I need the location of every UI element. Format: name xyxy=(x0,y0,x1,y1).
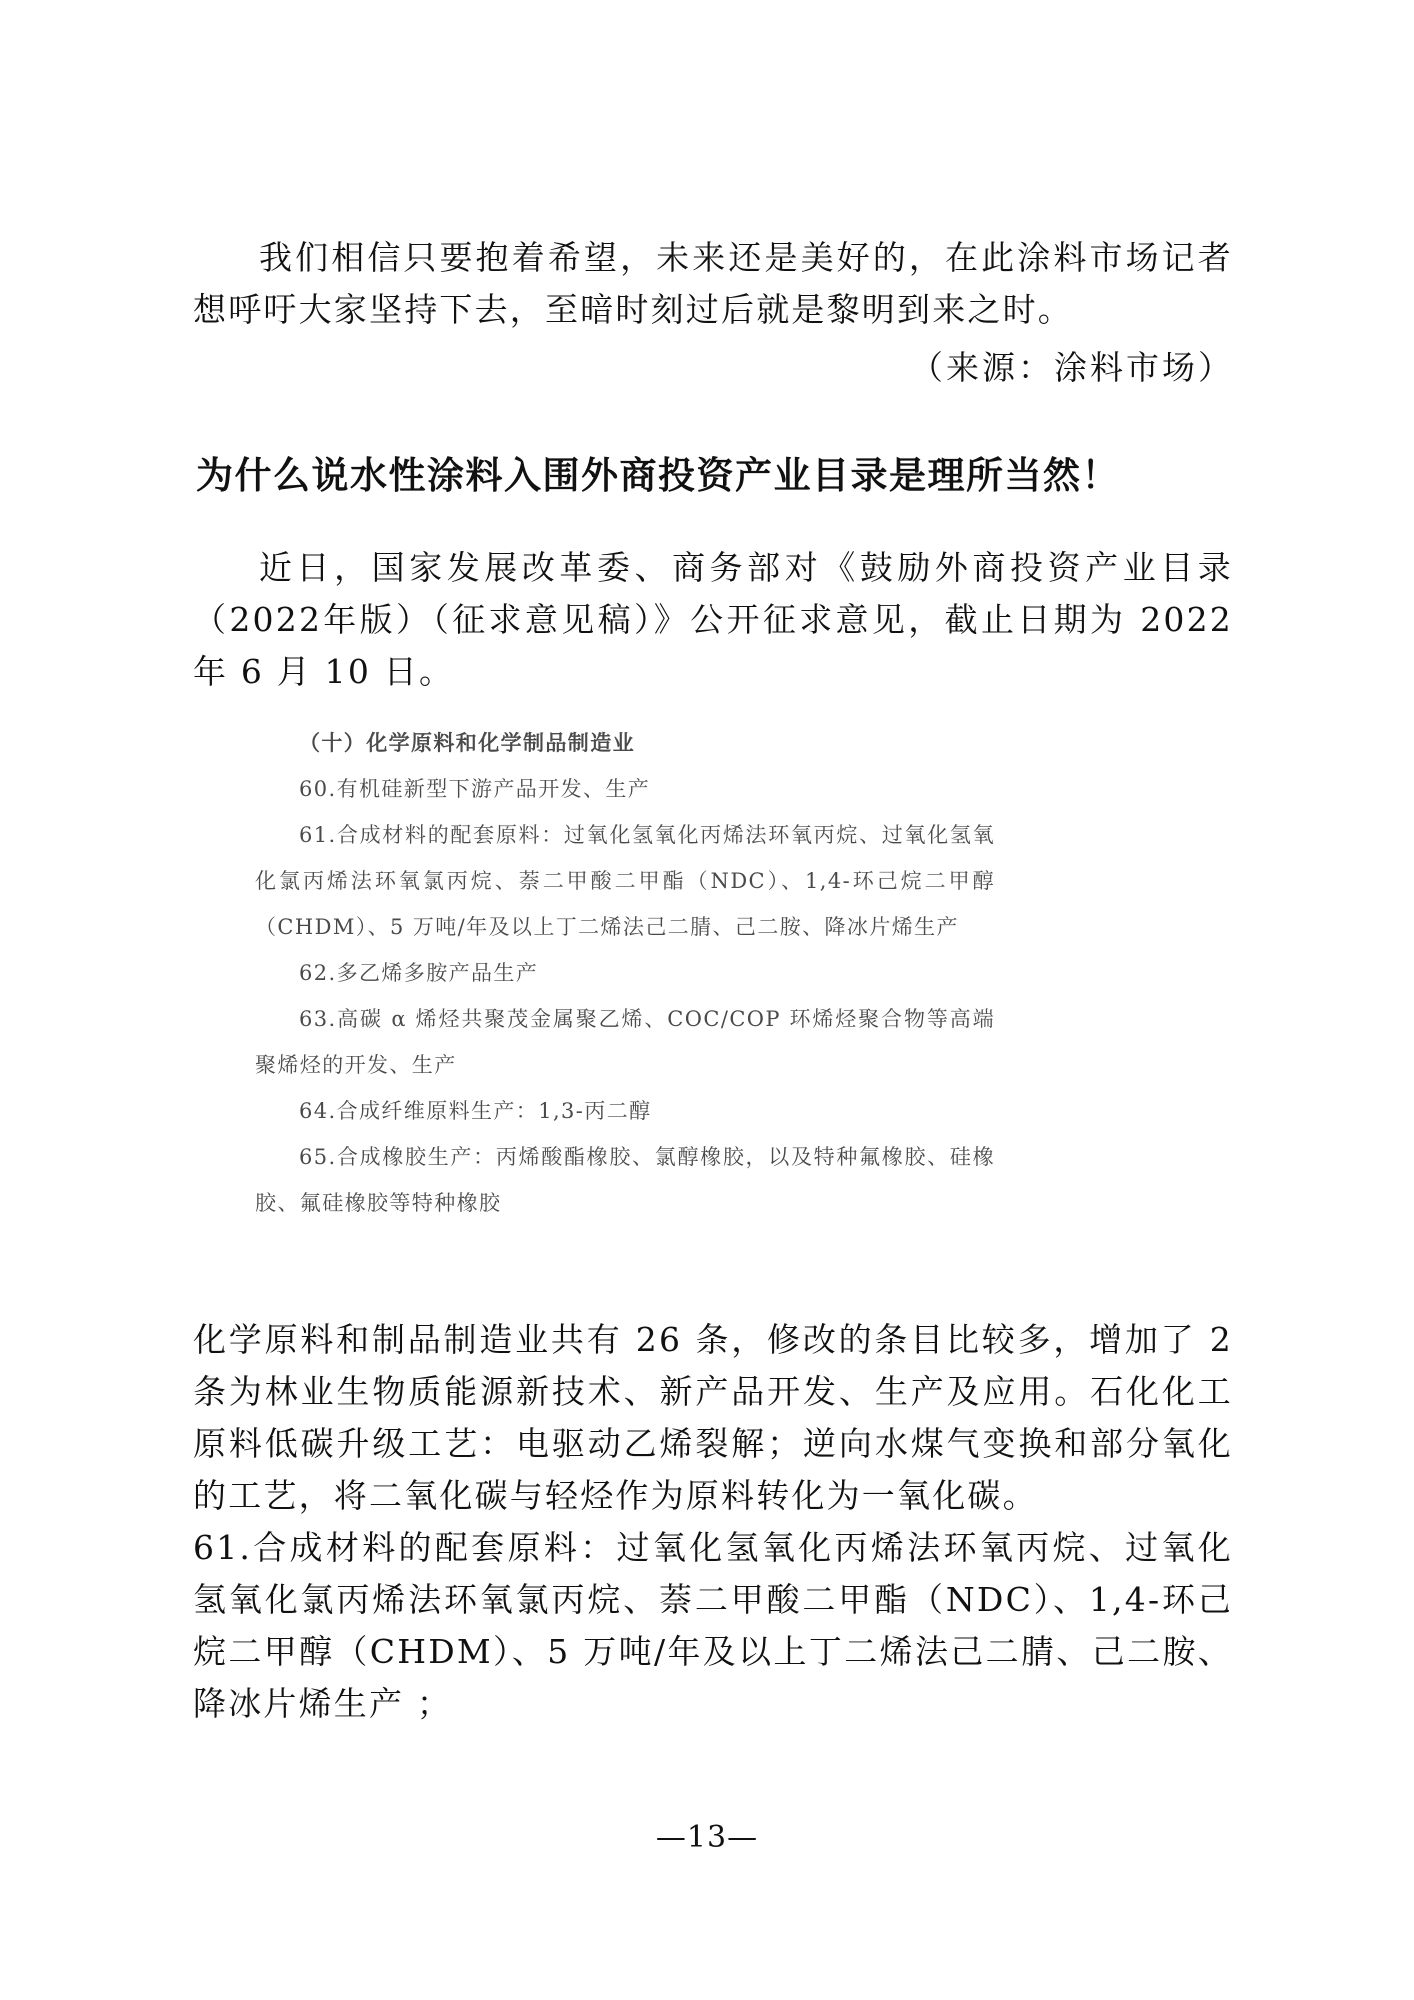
page-number: —13— xyxy=(0,1818,1414,1858)
source-attribution: （来源：涂料市场） xyxy=(910,342,1234,394)
excerpt-item: 63.高碳 α 烯烃共聚茂金属聚乙烯、COC/COP 环烯烃聚合物等高端聚烯烃的… xyxy=(255,996,995,1088)
excerpt-image: （十）化学原料和化学制品制造业 60.有机硅新型下游产品开发、生产 61.合成材… xyxy=(255,720,995,1226)
excerpt-item: 62.多乙烯多胺产品生产 xyxy=(255,950,995,996)
excerpt-item: 61.合成材料的配套原料：过氧化氢氧化丙烯法环氧丙烷、过氧化氢氧化氯丙烯法环氧氯… xyxy=(255,812,995,950)
excerpt-item: 64.合成纤维原料生产：1,3-丙二醇 xyxy=(255,1088,995,1134)
excerpt-item: 60.有机硅新型下游产品开发、生产 xyxy=(255,766,995,812)
item-61-paragraph: 61.合成材料的配套原料：过氧化氢氧化丙烯法环氧丙烷、过氧化氢氧化氯丙烯法环氧氯… xyxy=(193,1522,1233,1730)
article-title: 为什么说水性涂料入围外商投资产业目录是理所当然！ xyxy=(196,448,1236,504)
summary-paragraph: 化学原料和制品制造业共有 26 条，修改的条目比较多，增加了 2 条为林业生物质… xyxy=(193,1314,1233,1522)
excerpt-heading: （十）化学原料和化学制品制造业 xyxy=(255,720,995,766)
document-page: 我们相信只要抱着希望，未来还是美好的，在此涂料市场记者想呼吁大家坚持下去，至暗时… xyxy=(0,0,1414,2000)
excerpt-item: 65.合成橡胶生产：丙烯酸酯橡胶、氯醇橡胶，以及特种氟橡胶、硅橡胶、氟硅橡胶等特… xyxy=(255,1134,995,1226)
closing-paragraph: 我们相信只要抱着希望，未来还是美好的，在此涂料市场记者想呼吁大家坚持下去，至暗时… xyxy=(193,232,1233,336)
intro-paragraph: 近日，国家发展改革委、商务部对《鼓励外商投资产业目录（2022年版）（征求意见稿… xyxy=(193,542,1233,698)
